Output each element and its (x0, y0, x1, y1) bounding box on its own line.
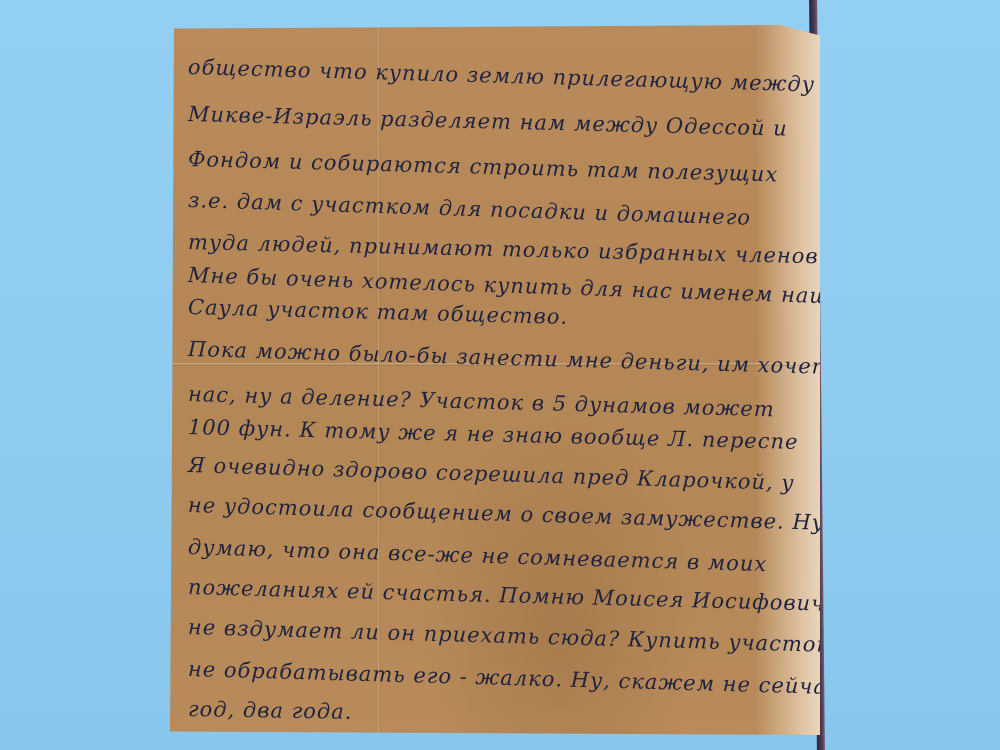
text-line: Саула участок там общество. (188, 295, 569, 329)
text-line: нас, ну а деление? Участок в 5 дунамов м… (188, 382, 775, 421)
text-line: 100 фун. К тому же я не знаю вообще Л. п… (188, 415, 799, 454)
text-line: общество что купило землю прилегающую ме… (188, 55, 872, 98)
text-line: туда людей, принимают только избранных ч… (188, 230, 827, 268)
text-line: не удостоила сообщением о своем замужест… (188, 493, 826, 535)
text-line: думаю, что она все-же не сомневается в м… (188, 535, 768, 576)
text-line: Фондом и собираются строить там полезущи… (188, 147, 779, 186)
text-line: не обрабатывать его - жалко. Ну, скажем … (188, 657, 904, 701)
text-line: не вздумает ли он приехать сюда? Купить … (188, 615, 873, 658)
text-line: пожеланиях ей счастья. Помню Моисея Иоси… (188, 575, 888, 617)
text-line: Я очевидно здорово согрешила пред Клароч… (188, 453, 795, 495)
text-line: Микве-Израэль разделяет нам между Одессо… (188, 102, 788, 141)
text-line: з.е. дам с участком для посадки и домашн… (188, 188, 752, 230)
letter-page: общество что купило землю прилегающую ме… (170, 25, 820, 735)
text-line: год, два года. (188, 697, 353, 724)
text-line: Пока можно было-бы занести мне деньги, и… (188, 337, 861, 380)
